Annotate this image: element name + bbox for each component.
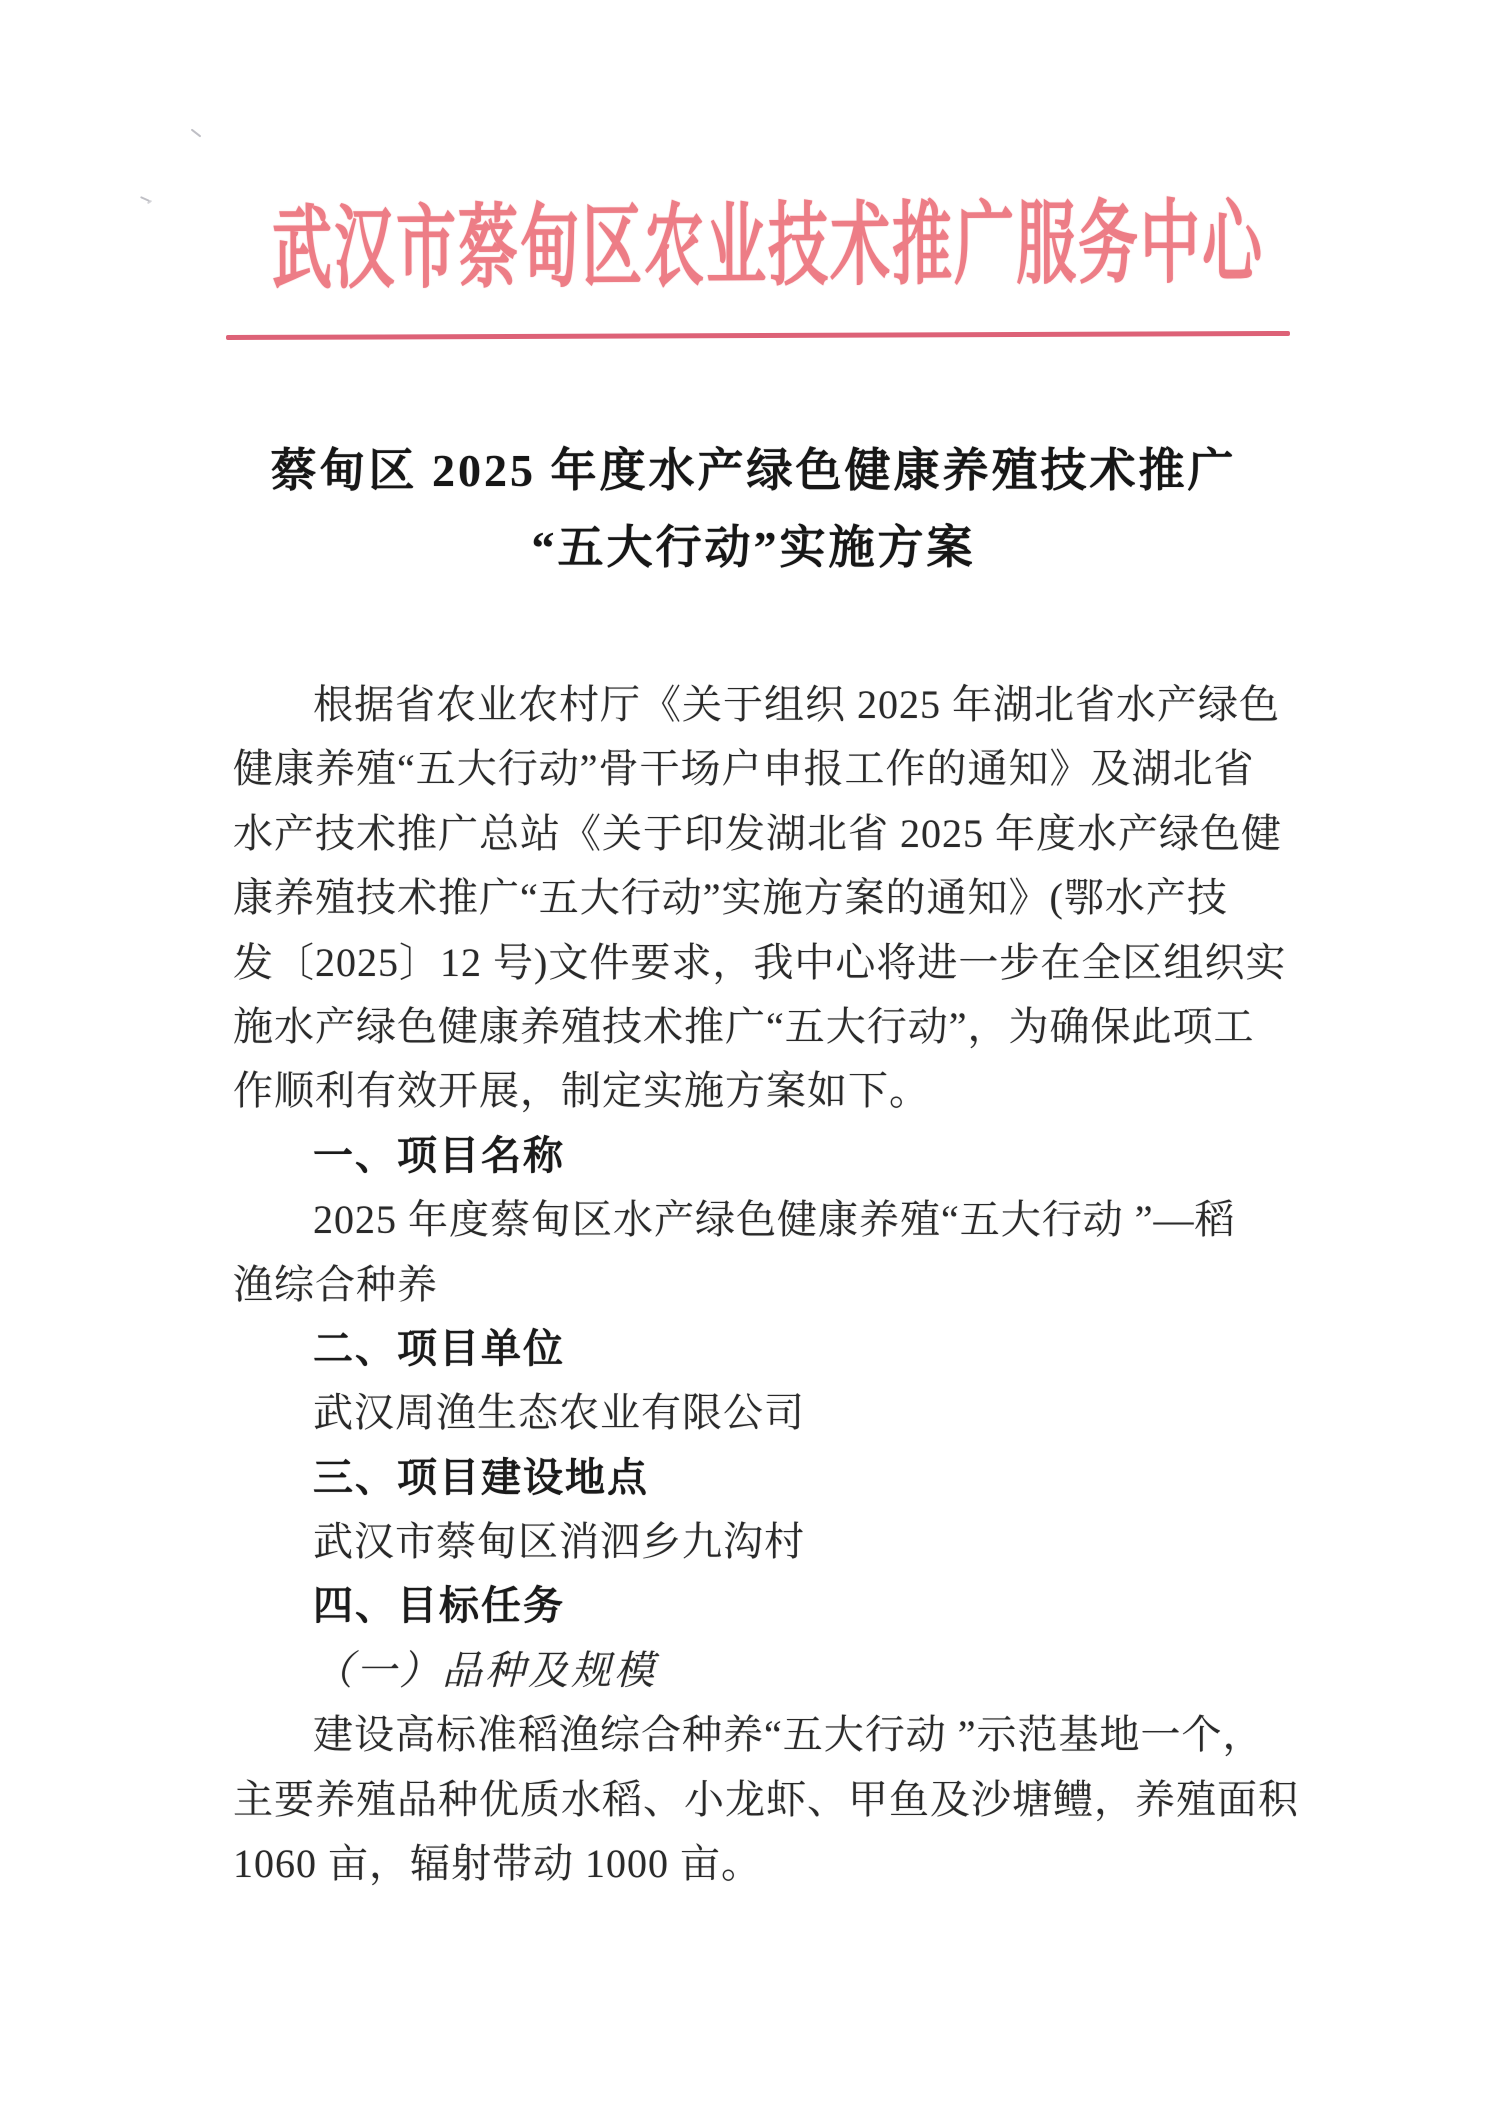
document-line: 主要养殖品种优质水稻、小龙虾、甲鱼及沙塘鳢，养殖面积 [233, 1768, 1278, 1832]
document-line: 武汉市蔡甸区消泗乡九沟村 [233, 1510, 1278, 1574]
document-line: 三、项目建设地点 [233, 1446, 1278, 1510]
document-line: 康养殖技术推广“五大行动”实施方案的通知》(鄂水产技 [233, 866, 1278, 930]
scan-artifact [191, 129, 202, 138]
document-line: 四、目标任务 [233, 1574, 1278, 1638]
document-line: 一、项目名称 [233, 1124, 1278, 1188]
document-line: 武汉周渔生态农业有限公司 [233, 1381, 1278, 1445]
letterhead-org-name: 武汉市蔡甸区农业技术推广服务中心 [271, 170, 1263, 307]
document-line: 渔综合种养 [233, 1253, 1278, 1317]
document-line: （一）品种及规模 [233, 1639, 1278, 1703]
document-line: 水产技术推广总站《关于印发湖北省 2025 年度水产绿色健 [233, 802, 1278, 866]
document-line: 二、项目单位 [233, 1317, 1278, 1381]
document-title-line2: “五大行动”实施方案 [233, 509, 1274, 586]
document-page: 武汉市蔡甸区农业技术推广服务中心 蔡甸区 2025 年度水产绿色健康养殖技术推广… [0, 0, 1487, 2102]
scan-artifact [147, 200, 152, 205]
document-line: 1060 亩，辐射带动 1000 亩。 [233, 1832, 1278, 1896]
document-title-line1: 蔡甸区 2025 年度水产绿色健康养殖技术推广 [233, 432, 1274, 509]
document-line: 施水产绿色健康养殖技术推广“五大行动”，为确保此项工 [233, 995, 1278, 1059]
letterhead-rule [226, 331, 1290, 340]
letterhead: 武汉市蔡甸区农业技术推广服务中心 [0, 196, 1487, 282]
document-body: 根据省农业农村厅《关于组织 2025 年湖北省水产绿色健康养殖“五大行动”骨干场… [233, 673, 1278, 1896]
document-line: 根据省农业农村厅《关于组织 2025 年湖北省水产绿色 [233, 673, 1278, 737]
document-line: 发〔2025〕12 号)文件要求，我中心将进一步在全区组织实 [233, 931, 1278, 995]
document-title: 蔡甸区 2025 年度水产绿色健康养殖技术推广 “五大行动”实施方案 [233, 432, 1274, 586]
document-line: 建设高标准稻渔综合种养“五大行动 ”示范基地一个， [233, 1703, 1278, 1767]
document-line: 作顺利有效开展，制定实施方案如下。 [233, 1059, 1278, 1123]
document-line: 健康养殖“五大行动”骨干场户申报工作的通知》及湖北省 [233, 737, 1278, 801]
document-line: 2025 年度蔡甸区水产绿色健康养殖“五大行动 ”—稻 [233, 1188, 1278, 1252]
